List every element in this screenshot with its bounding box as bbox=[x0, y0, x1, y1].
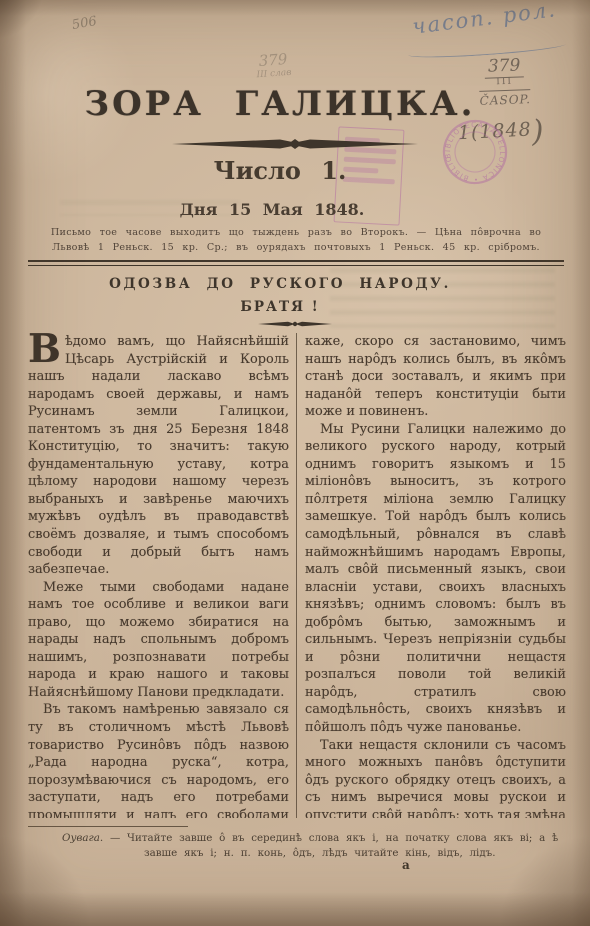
paragraph: Вѣдомо вамъ, що Найяснѣйшій Цѣсарь Аустр… bbox=[28, 333, 289, 579]
pencil-classmark-center: 379 ІІІ слав bbox=[255, 51, 292, 80]
pencil-classmark-number: 379 bbox=[258, 50, 288, 70]
column-right: каже, скоро ся застановимо, чимъ нашъ на… bbox=[297, 333, 566, 818]
pencil-classmark-sub: ІІІ слав bbox=[256, 69, 291, 80]
paragraph: Мы Русини Галицки належимо до великого р… bbox=[305, 421, 566, 737]
paragraph: Въ такомъ намѣренью завязало ся ту въ ст… bbox=[28, 701, 289, 818]
article-subheading: БРАТЯ ! bbox=[0, 299, 560, 315]
newspaper-page: 506 379 ІІІ слав часоп. рол. 379 ІІІ ČAS… bbox=[0, 0, 590, 926]
issue-number: Число 1. bbox=[0, 156, 560, 185]
double-rule-divider bbox=[28, 260, 564, 266]
drop-cap-initial: В bbox=[28, 333, 65, 365]
small-ornate-divider bbox=[258, 320, 332, 328]
paragraph-text: ѣдомо вамъ, що Найяснѣйшій Цѣсарь Аустрі… bbox=[28, 334, 289, 577]
footnote-line-1: Оувага. — Читайте завше ô въ серединѣ сл… bbox=[62, 831, 566, 846]
paragraph: Меже тыми свободами надане намъ тое особ… bbox=[28, 579, 289, 702]
imprint-notice: Письмо тое часове выходитъ що тыждень ра… bbox=[30, 226, 562, 255]
footnote-line-2: завше якъ і; н. п. конь, ôдъ, лѣдъ читай… bbox=[144, 846, 566, 861]
pencil-right-number: 379 bbox=[485, 55, 524, 78]
imprint-line-1: Письмо тое часове выходитъ що тыждень ра… bbox=[30, 226, 562, 241]
newspaper-title: ЗОРА ГАЛИЦКА. bbox=[0, 84, 560, 124]
footnote-rule bbox=[28, 826, 188, 827]
imprint-line-2: Львовѣ 1 Реньск. 15 кр. Ср.; въ оурядахъ… bbox=[30, 241, 562, 256]
footnote: Оувага. — Читайте завше ô въ серединѣ сл… bbox=[28, 831, 566, 860]
ornate-divider bbox=[170, 138, 420, 150]
pencil-inventory-number: 506 bbox=[71, 14, 98, 33]
paragraph: Таки нещастя склонили съ часомъ много мо… bbox=[305, 737, 566, 818]
signature-mark: а bbox=[402, 858, 410, 872]
issue-date: Дня 15 Мая 1848. bbox=[0, 200, 544, 219]
article-body: Вѣдомо вамъ, що Найяснѣйшій Цѣсарь Аустр… bbox=[28, 333, 566, 818]
column-left: Вѣдомо вамъ, що Найяснѣйшій Цѣсарь Аустр… bbox=[28, 333, 297, 818]
footnote-label: Оувага. bbox=[62, 832, 103, 844]
ink-scribble-annotation: часоп. рол. bbox=[411, 0, 558, 39]
footnote-text-1: — Читайте завше ô въ серединѣ слова якъ … bbox=[110, 832, 558, 844]
paragraph: каже, скоро ся застановимо, чимъ нашъ на… bbox=[305, 333, 566, 421]
article-heading: ОДОЗВА ДО РУСКОГО НАРОДУ. bbox=[0, 276, 560, 292]
